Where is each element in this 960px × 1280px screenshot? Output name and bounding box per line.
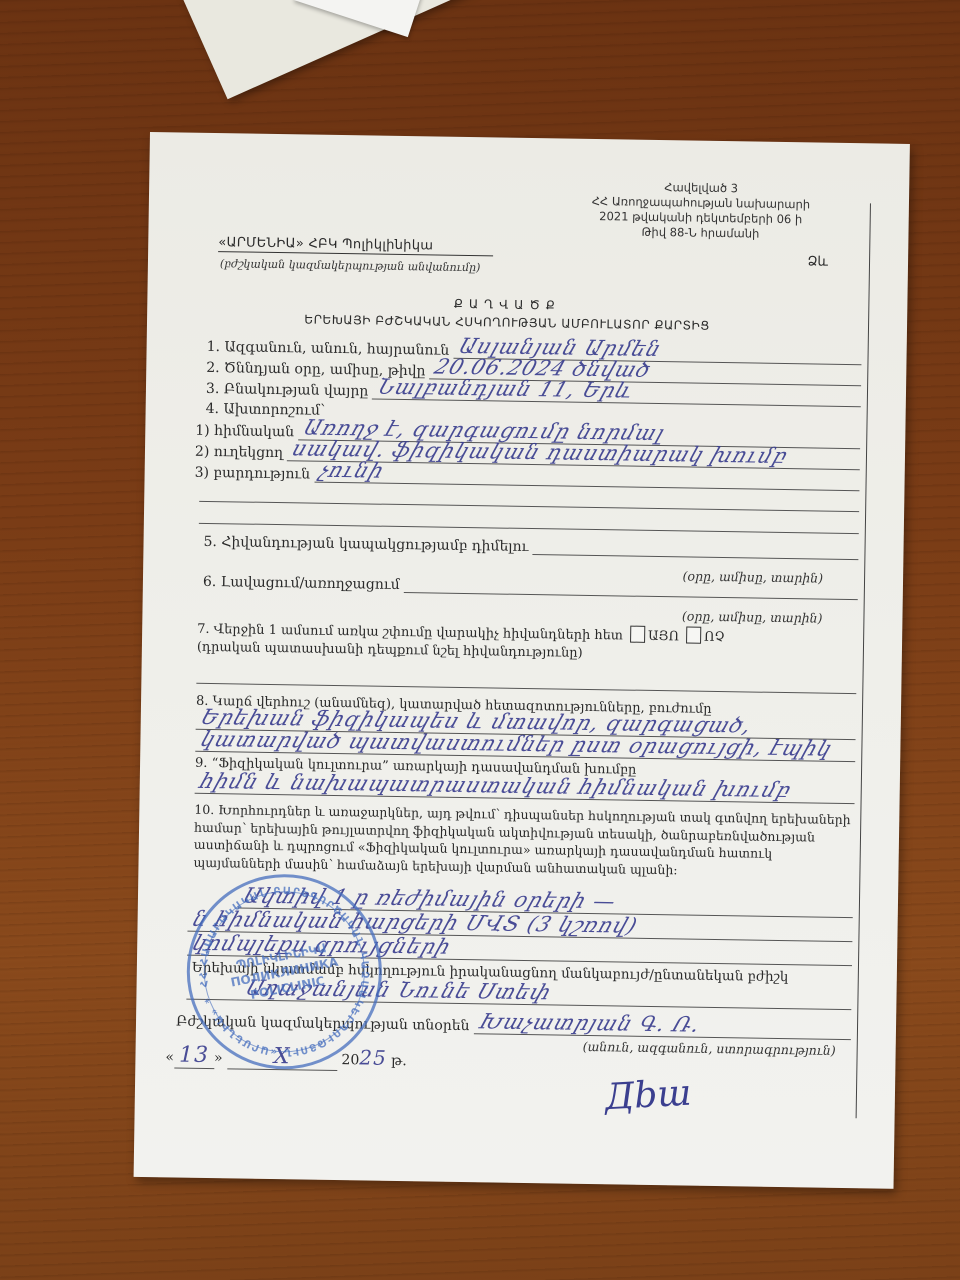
no-checkbox[interactable] bbox=[686, 626, 701, 643]
handwritten-value: չունի bbox=[316, 458, 387, 483]
official-stamp: ՀՀ ՀԱՍԱՐԱԿԱԿԱՆ ԲԱՐԵԳՈՐԾԱԿԱՆ ԿԱԶՄԱԿԵՐՊՈՒԹ… bbox=[170, 857, 399, 1086]
field-line[interactable]: Նալբանդյան 11, Երև bbox=[372, 383, 861, 408]
field-label: 2) ուղեկցող bbox=[195, 444, 287, 461]
handwritten-value: Նալբանդյան 11, Երև bbox=[374, 375, 638, 403]
handwritten-value: Խաչատրյան Գ. Ռ. bbox=[475, 1009, 703, 1036]
field-line[interactable] bbox=[532, 538, 858, 560]
field-line[interactable]: Խաչատրյան Գ. Ռ. bbox=[473, 1017, 851, 1040]
field-line[interactable]: հիմն և նախապատրաստական հիմնական խումբ bbox=[195, 777, 855, 804]
field-label: 5. Հիվանդության կապակցությամբ դիմելու bbox=[203, 534, 532, 555]
field-recommendations-label: 10. Խորհուրդներ և առաջարկներ, այդ թվում՝… bbox=[193, 801, 851, 881]
no-label: ՈՉ bbox=[704, 630, 725, 645]
director-signature: Дbա bbox=[604, 1073, 693, 1119]
form-right-border bbox=[856, 203, 871, 1118]
field-label: 3. Բնակության վայրը bbox=[206, 381, 373, 400]
field-label: 3) բարդություն bbox=[195, 465, 315, 483]
date-suffix: թ. bbox=[391, 1053, 407, 1069]
field-label: 1. Ազգանուն, անուն, հայրանուն bbox=[207, 339, 454, 359]
field-infection-contact: 5. Հիվանդության կապակցությամբ դիմելու bbox=[203, 533, 858, 560]
yes-label: ԱՅՈ bbox=[648, 629, 679, 644]
organization-caption: (բժշկական կազմակերպության անվանումը) bbox=[220, 257, 481, 274]
field-label: 6. Լավացում/առողջացում bbox=[203, 574, 404, 593]
organization-name: «ԱՐՄԵՆԻԱ» ՀԲԿ Պոլիկլինիկա bbox=[218, 235, 493, 256]
annex-reference: Հավելված 3 ՀՀ Առողջապահության նախարարի 2… bbox=[570, 179, 831, 243]
pe-group-line: հիմն և նախապատրաստական հիմնական խումբ bbox=[195, 777, 855, 804]
blank-line bbox=[199, 523, 859, 534]
blank-line bbox=[196, 683, 856, 694]
yes-checkbox[interactable] bbox=[630, 626, 645, 643]
background-paper: gig bbox=[130, 0, 529, 99]
director-hint: (անուն, ազգանուն, ստորագրություն) bbox=[583, 1039, 836, 1058]
field-contact-question: 7. Վերջին 1 ամսում առկա շփումը վարակիչ հ… bbox=[197, 619, 855, 667]
date-format-hint: (օրը, ամիսը, տարին) bbox=[682, 608, 823, 625]
field-label: 1) հիմնական bbox=[195, 423, 298, 441]
form-code: Ձև bbox=[807, 254, 828, 269]
medical-form-sheet: Հավելված 3 ՀՀ Առողջապահության նախարարի 2… bbox=[134, 132, 910, 1189]
blank-line bbox=[199, 501, 859, 512]
field-line[interactable]: չունի bbox=[314, 466, 860, 492]
